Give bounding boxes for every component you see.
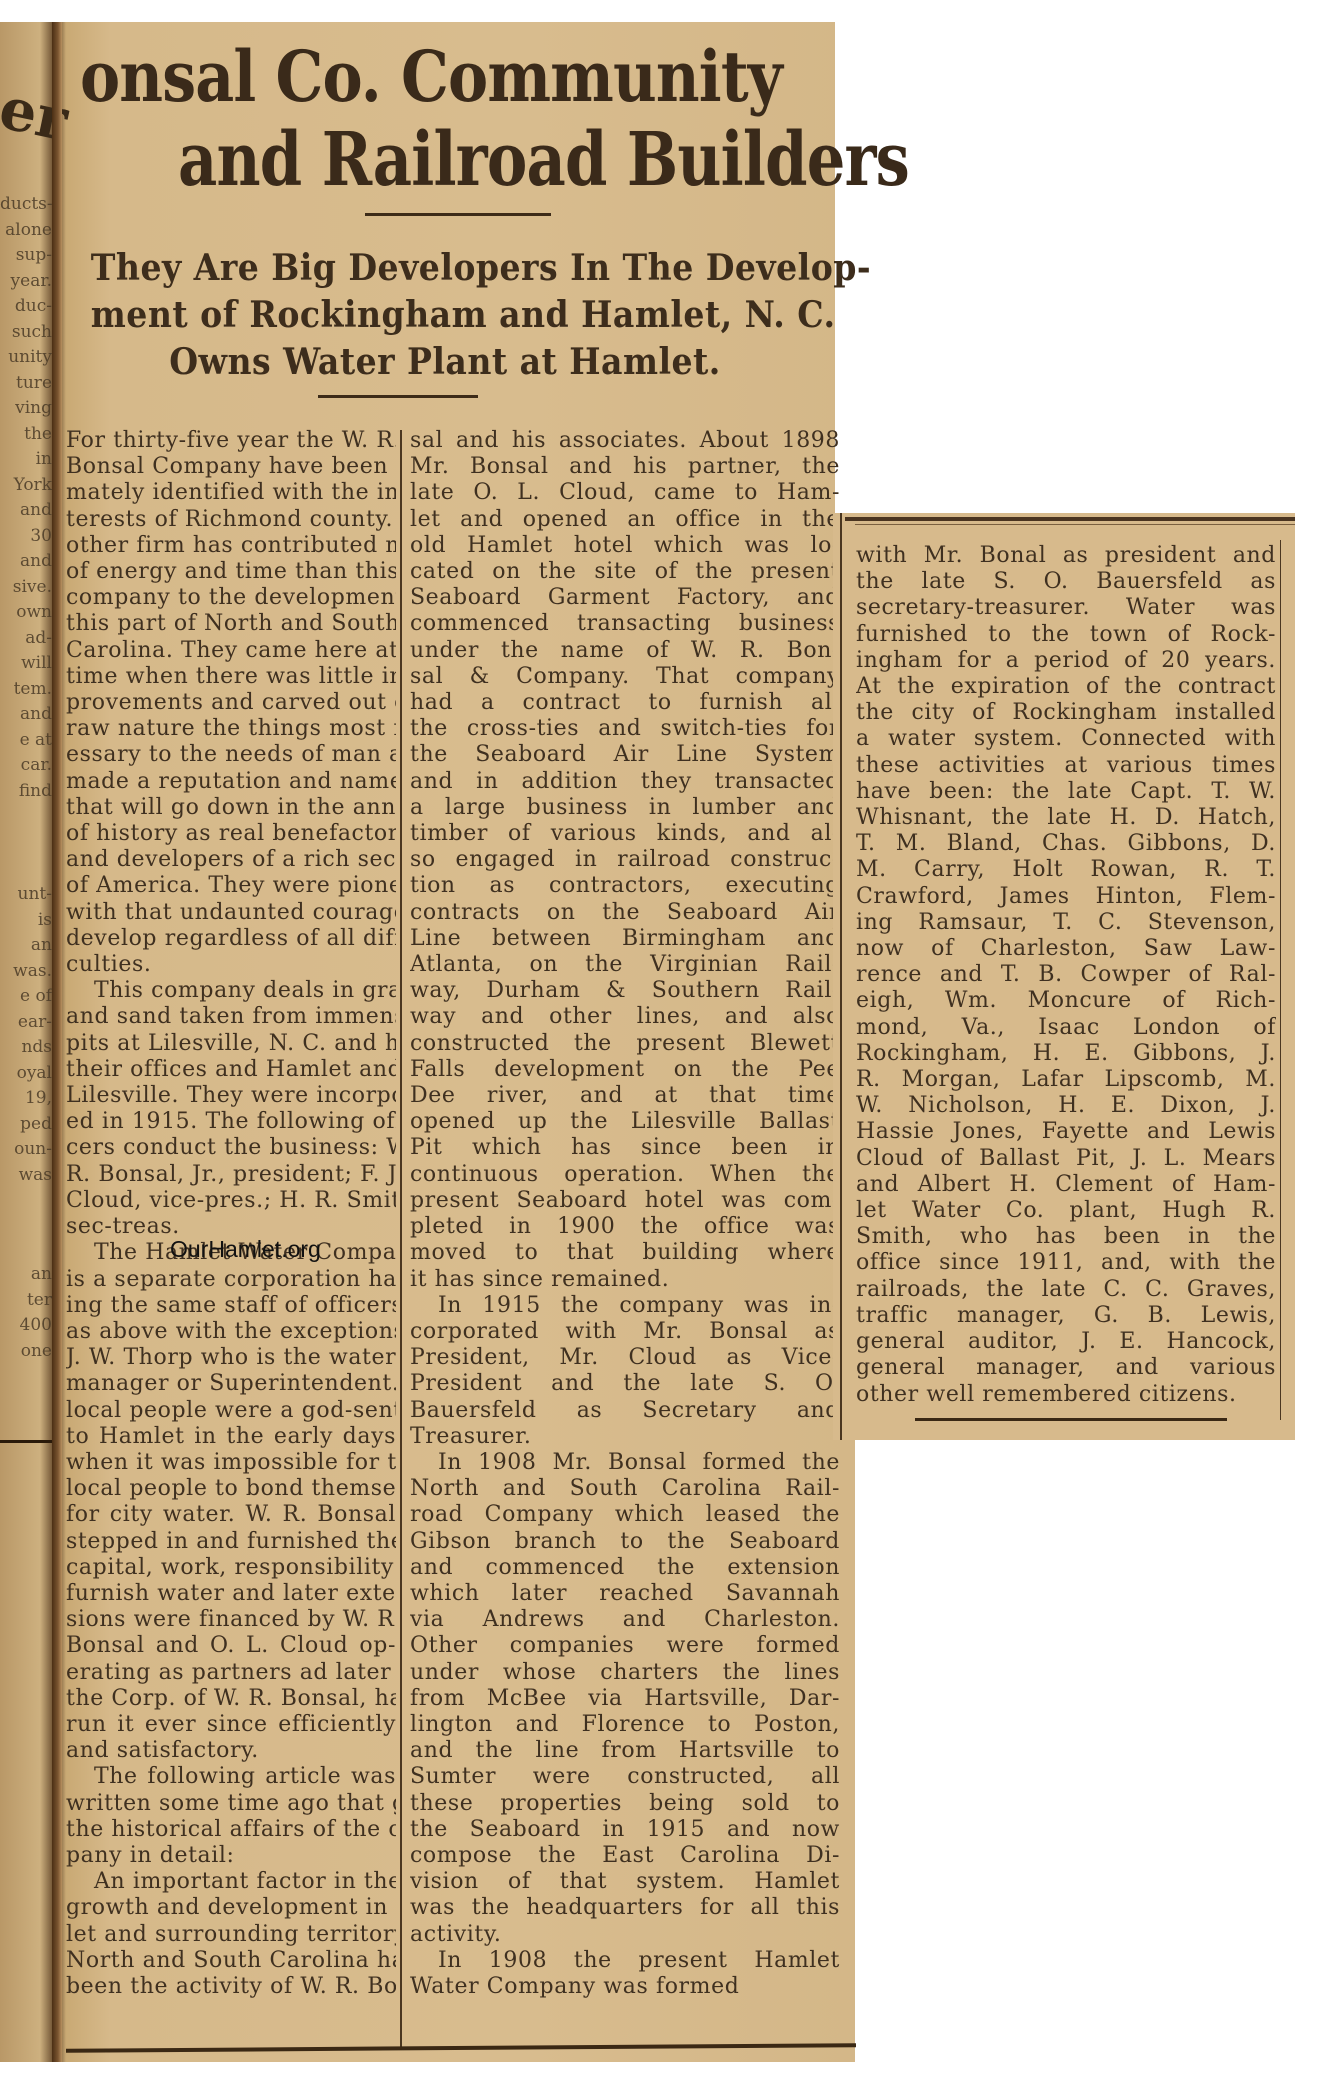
article-text-line: Rockingham, H. E. Gibbons, J.	[856, 1041, 1276, 1067]
article-text-line: essary to the needs of man and	[66, 742, 396, 768]
article-text-line: pits at Lilesville, N. C. and has	[66, 1031, 396, 1057]
article-text-line: way, Durham & Southern Rail-	[410, 978, 840, 1004]
subheadline-line-3: Owns Water Plant at Hamlet.	[91, 339, 799, 386]
article-text-line: these activities at various times	[856, 753, 1276, 779]
article-text-line: Lilesville. They were incorporat-	[66, 1083, 396, 1109]
article-text-line: from McBee via Hartsville, Dar-	[410, 1686, 840, 1712]
article-text-line: the Seaboard Air Line System	[410, 742, 840, 768]
article-text-line: Crawford, James Hinton, Flem-	[856, 884, 1276, 910]
article-text-line: culties.	[66, 952, 396, 978]
article-text-line: For thirty-five year the W. R.	[66, 428, 396, 454]
article-text-line: North and South Carolina Rail-	[410, 1476, 840, 1502]
article-text-line: vision of that system. Hamlet	[410, 1869, 840, 1895]
headline-rule	[365, 213, 551, 216]
article-text-line: was the headquarters for all this	[410, 1895, 840, 1921]
article-text-line: R. Morgan, Lafar Lipscomb, M.	[856, 1067, 1276, 1093]
article-column-1: For thirty-five year the W. R.Bonsal Com…	[66, 428, 396, 2000]
article-text-line: Treasurer.	[410, 1424, 840, 1450]
article-text-line: let and opened an office in the	[410, 507, 840, 533]
article-text-line: had a contract to furnish all	[410, 690, 840, 716]
article-text-line: T. M. Bland, Chas. Gibbons, D.	[856, 831, 1276, 857]
article-text-line: This company deals in gravel	[66, 978, 396, 1004]
article-text-line: with Mr. Bonal as president and	[856, 543, 1276, 569]
article-text-line: sal & Company. That company	[410, 664, 840, 690]
article-text-line: compose the East Carolina Di-	[410, 1843, 840, 1869]
article-text-line: as above with the exceptions of	[66, 1319, 396, 1345]
article-text-line: Pit which has since been in	[410, 1135, 840, 1161]
article-end-rule	[915, 1418, 1227, 1421]
article-text-line: Bauersfeld as Secretary and	[410, 1398, 840, 1424]
article-text-line: Water Company was formed	[410, 1974, 840, 2000]
article-text-line: At the expiration of the contract	[856, 674, 1276, 700]
article-text-line: opened up the Lilesville Ballast	[410, 1109, 840, 1135]
article-text-line: of America. They were pioneers	[66, 873, 396, 899]
article-text-line: terests of Richmond county. No	[66, 507, 396, 533]
article-text-line: the city of Rockingham installed	[856, 700, 1276, 726]
article-text-line: late O. L. Cloud, came to Ham-	[410, 480, 840, 506]
article-text-line: Sumter were constructed, all	[410, 1764, 840, 1790]
article-text-line: furnish water and later exten-	[66, 1581, 396, 1607]
article-text-line: pleted in 1900 the office was	[410, 1214, 840, 1240]
article-text-line: Whisnant, the late H. D. Hatch,	[856, 805, 1276, 831]
article-text-line: J. W. Thorp who is the water	[66, 1345, 396, 1371]
article-text-line: a large business in lumber and	[410, 795, 840, 821]
article-text-line: rence and T. B. Cowper of Ral-	[856, 962, 1276, 988]
article-text-line: local people to bond themselves	[66, 1476, 396, 1502]
article-text-line: is a separate corporation hav-	[66, 1267, 396, 1293]
article-text-line: timber of various kinds, and al-	[410, 821, 840, 847]
article-text-line: erating as partners ad later by	[66, 1660, 396, 1686]
article-text-line: now of Charleston, Saw Law-	[856, 936, 1276, 962]
article-text-line: mately identified with the in-	[66, 480, 396, 506]
article-text-line: and sand taken from immense	[66, 1004, 396, 1030]
article-text-line: moved to that building where	[410, 1240, 840, 1266]
article-text-line: and Albert H. Clement of Ham-	[856, 1172, 1276, 1198]
article-text-line: Cloud, vice-pres.; H. R. Smith,	[66, 1188, 396, 1214]
article-text-line: and in addition they transacted	[410, 769, 840, 795]
article-text-line: the historical affairs of the com-	[66, 1817, 396, 1843]
article-text-line: ing Ramsaur, T. C. Stevenson,	[856, 910, 1276, 936]
article-text-line: R. Bonsal, Jr., president; F. J.	[66, 1162, 396, 1188]
article-text-line: general manager, and various	[856, 1355, 1276, 1381]
article-text-line: sions were financed by W. R.	[66, 1607, 396, 1633]
article-text-line: that will go down in the annals	[66, 795, 396, 821]
article-text-line: a water system. Connected with	[856, 726, 1276, 752]
article-text-line: In 1915 the company was in-	[410, 1293, 840, 1319]
adjacent-column-mid: unt- is an was. e of ear- nds oyal 19, p…	[0, 882, 52, 1188]
article-text-line: secretary-treasurer. Water was	[856, 595, 1276, 621]
article-text-line: growth and development in Ham-	[66, 1895, 396, 1921]
article-text-line: to Hamlet in the early days	[66, 1424, 396, 1450]
article-text-line: other well remembered citizens.	[856, 1382, 1276, 1408]
headline-line-1: onsal Co. Community	[80, 35, 782, 118]
article-text-line: contracts on the Seaboard Air	[410, 900, 840, 926]
article-text-line: let and surrounding territory in	[66, 1922, 396, 1948]
article-text-line: Carolina. They came here at a	[66, 638, 396, 664]
subheadline-rule	[318, 395, 478, 398]
article-text-line: way and other lines, and also	[410, 1004, 840, 1030]
article-text-line: pany in detail:	[66, 1843, 396, 1869]
adjacent-column-top: ducts- alone sup- year. duc- such unity …	[0, 192, 52, 804]
article-text-line: Falls development on the Pee	[410, 1057, 840, 1083]
article-text-line: of history as real benefactors	[66, 821, 396, 847]
column-divider-3	[1280, 540, 1281, 1420]
article-column-3: with Mr. Bonal as president andthe late …	[856, 543, 1276, 1408]
article-text-line: Other companies were formed	[410, 1633, 840, 1659]
article-text-line: railroads, the late C. C. Graves,	[856, 1277, 1276, 1303]
article-text-line: Mr. Bonsal and his partner, the	[410, 454, 840, 480]
article-text-line: Bonsal Company have been inti-	[66, 454, 396, 480]
article-text-line: stepped in and furnished the	[66, 1529, 396, 1555]
article-text-line: the late S. O. Bauersfeld as	[856, 569, 1276, 595]
article-text-line: and commenced the extension	[410, 1555, 840, 1581]
article-text-line: time when there was little in-	[66, 664, 396, 690]
article-text-line: ed in 1915. The following offi-	[66, 1109, 396, 1135]
subheadline-line-2: ment of Rockingham and Hamlet, N. C.	[91, 292, 799, 339]
article-text-line: with that undaunted courage to	[66, 900, 396, 926]
article-text-line: cated on the site of the present	[410, 559, 840, 585]
article-text-line: this part of North and South	[66, 611, 396, 637]
article-text-line: general auditor, J. E. Hancock,	[856, 1329, 1276, 1355]
article-text-line: commenced transacting business	[410, 611, 840, 637]
article-text-line: company to the development of	[66, 585, 396, 611]
column-divider-2	[840, 513, 842, 1440]
article-text-line: capital, work, responsibility to	[66, 1555, 396, 1581]
article-text-line: develop regardless of all diffi-	[66, 926, 396, 952]
article-text-line: constructed the present Blewett	[410, 1031, 840, 1057]
article-text-line: In 1908 the present Hamlet	[410, 1948, 840, 1974]
article-text-line: Smith, who has been in the	[856, 1224, 1276, 1250]
article-text-line: lington and Florence to Poston,	[410, 1712, 840, 1738]
article-text-line: office since 1911, and, with the	[856, 1250, 1276, 1276]
article-text-line: mond, Va., Isaac London of	[856, 1015, 1276, 1041]
article-text-line: other firm has contributed more	[66, 533, 396, 559]
article-text-line: ingham for a period of 20 years.	[856, 648, 1276, 674]
article-text-line: under whose charters the lines	[410, 1660, 840, 1686]
article-text-line: and the line from Hartsville to	[410, 1738, 840, 1764]
article-text-line: Cloud of Ballast Pit, J. L. Mears	[856, 1146, 1276, 1172]
article-text-line: continuous operation. When the	[410, 1162, 840, 1188]
article-text-line: In 1908 Mr. Bonsal formed the	[410, 1450, 840, 1476]
article-text-line: written some time ago that gives	[66, 1791, 396, 1817]
article-text-line: The following article was	[66, 1764, 396, 1790]
article-column-2: sal and his associates. About 1898Mr. Bo…	[410, 428, 840, 2000]
column-divider-1	[400, 430, 402, 2050]
article-text-line: Line between Birmingham and	[410, 926, 840, 952]
article-text-line: made a reputation and name	[66, 769, 396, 795]
article-text-line: when it was impossible for the	[66, 1450, 396, 1476]
panel-top-thin-rule	[855, 524, 1295, 525]
article-text-line: Dee river, and at that time	[410, 1083, 840, 1109]
article-text-line: Bonsal and O. L. Cloud op-	[66, 1633, 396, 1659]
article-text-line: road Company which leased the	[410, 1502, 840, 1528]
article-text-line: under the name of W. R. Bon-	[410, 638, 840, 664]
article-text-line: tion as contractors, executing	[410, 873, 840, 899]
headline-line-2: and Railroad Builders	[178, 117, 909, 203]
article-text-line: have been: the late Capt. T. W.	[856, 779, 1276, 805]
article-text-line: Atlanta, on the Virginian Rail-	[410, 952, 840, 978]
article-text-line: Hassie Jones, Fayette and Lewis	[856, 1119, 1276, 1145]
article-text-line: so engaged in railroad construc-	[410, 847, 840, 873]
panel-top-rule	[845, 517, 1295, 521]
article-text-line: of energy and time than this	[66, 559, 396, 585]
article-text-line: the Corp. of W. R. Bonsal, has	[66, 1686, 396, 1712]
article-text-line: been the activity of W. R. Bon-	[66, 1974, 396, 2000]
article-text-line: let Water Co. plant, Hugh R.	[856, 1198, 1276, 1224]
article-text-line: local people were a god-sent	[66, 1398, 396, 1424]
article-text-line: eigh, Wm. Moncure of Rich-	[856, 988, 1276, 1014]
article-text-line: old Hamlet hotel which was lo-	[410, 533, 840, 559]
article-text-line: M. Carry, Holt Rowan, R. T.	[856, 857, 1276, 883]
article-text-line: via Andrews and Charleston.	[410, 1607, 840, 1633]
article-text-line: raw nature the things most nec-	[66, 716, 396, 742]
article-text-line: and developers of a rich section	[66, 847, 396, 873]
article-text-line: An important factor in the	[66, 1869, 396, 1895]
article-text-line: the Seaboard in 1915 and now	[410, 1817, 840, 1843]
article-text-line: sal and his associates. About 1898	[410, 428, 840, 454]
article-text-line: President, Mr. Cloud as Vice-	[410, 1345, 840, 1371]
article-text-line: ing the same staff of officers	[66, 1293, 396, 1319]
article-text-line: their offices and Hamlet and	[66, 1057, 396, 1083]
subheadline: They Are Big Developers In The Develop- …	[60, 245, 830, 386]
article-text-line: these properties being sold to	[410, 1791, 840, 1817]
article-text-line: cers conduct the business: W.	[66, 1135, 396, 1161]
article-text-line: and satisfactory.	[66, 1738, 396, 1764]
article-text-line: Seaboard Garment Factory, and	[410, 585, 840, 611]
watermark: OurHamlet.org	[170, 1236, 321, 1263]
article-text-line: traffic manager, G. B. Lewis,	[856, 1303, 1276, 1329]
article-text-line: provements and carved out of	[66, 690, 396, 716]
article-text-line: President and the late S. O.	[410, 1371, 840, 1397]
article-text-line: corporated with Mr. Bonsal as	[410, 1319, 840, 1345]
adjacent-column-low: an ter 400 one	[0, 1262, 52, 1364]
article-text-line: North and South Carolina has	[66, 1948, 396, 1974]
article-text-line: furnished to the town of Rock-	[856, 622, 1276, 648]
article-text-line: for city water. W. R. Bonsal	[66, 1502, 396, 1528]
adjacent-box-border	[0, 1440, 55, 1603]
article-text-line: it has since remained.	[410, 1267, 840, 1293]
article-text-line: W. Nicholson, H. E. Dixon, J.	[856, 1093, 1276, 1119]
article-text-line: manager or Superintendent. The	[66, 1371, 396, 1397]
article-text-line: run it ever since efficiently	[66, 1712, 396, 1738]
article-text-line: Gibson branch to the Seaboard	[410, 1529, 840, 1555]
subheadline-line-1: They Are Big Developers In The Develop-	[91, 245, 799, 292]
article-text-line: present Seaboard hotel was com-	[410, 1188, 840, 1214]
article-text-line: the cross-ties and switch-ties for	[410, 716, 840, 742]
article-text-line: which later reached Savannah	[410, 1581, 840, 1607]
article-text-line: activity.	[410, 1922, 840, 1948]
